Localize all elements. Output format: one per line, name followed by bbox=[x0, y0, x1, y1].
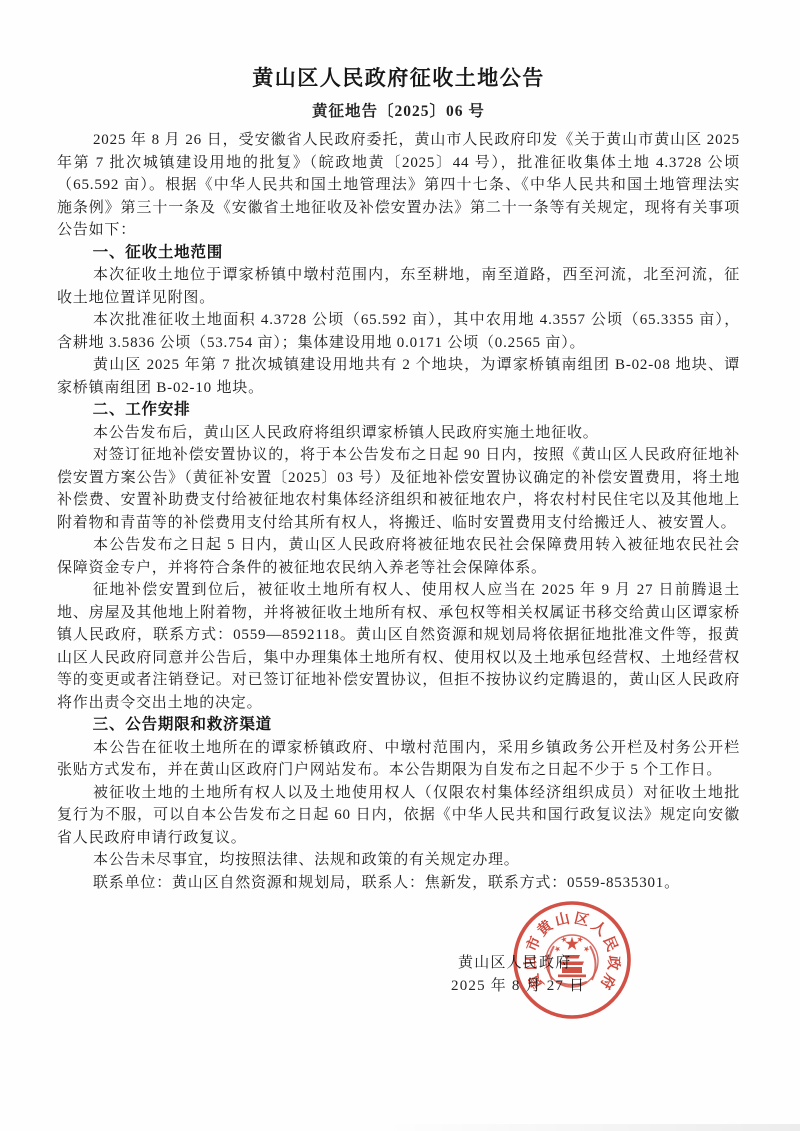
document-title: 黄山区人民政府征收土地公告 bbox=[57, 62, 740, 92]
national-emblem-icon bbox=[546, 935, 598, 987]
body-paragraph: 本公告未尽事宜，均按照法律、法规和政策的有关规定办理。 bbox=[57, 849, 740, 872]
body-paragraph: 黄山区 2025 年第 7 批次城镇建设用地共有 2 个地块，为谭家桥镇南组团 … bbox=[57, 354, 740, 399]
body-paragraph: 被征收土地的土地所有权人以及土地使用权人（仅限农村集体经济组织成员）对征收土地批… bbox=[57, 782, 740, 850]
body-paragraph: 本公告发布后，黄山区人民政府将组织谭家桥镇人民政府实施土地征收。 bbox=[57, 422, 740, 445]
document-number: 黄征地告〔2025〕06 号 bbox=[57, 99, 740, 121]
seal-ring-text: 黄山市黄山区人民政府 bbox=[522, 910, 624, 993]
body-paragraph: 本次批准征收土地面积 4.3728 公顷（65.592 亩），其中农用地 4.3… bbox=[57, 309, 740, 354]
document-sections: 一、征收土地范围本次征收土地位于谭家桥镇中墩村范围内，东至耕地，南至道路，西至河… bbox=[57, 242, 740, 895]
seal-character: 区 bbox=[573, 910, 592, 930]
section-heading: 二、工作安排 bbox=[57, 399, 740, 422]
scan-shadow bbox=[380, 1124, 800, 1131]
body-paragraph: 联系单位：黄山区自然资源和规划局，联系人：焦新发，联系方式：0559-85353… bbox=[57, 872, 740, 895]
seal-character: 民 bbox=[600, 934, 621, 954]
section-heading: 三、公告期限和救济渠道 bbox=[57, 714, 740, 737]
seal-character: 政 bbox=[604, 955, 623, 971]
body-paragraph: 征地补偿安置到位后，被征收土地所有权人、使用权人应当在 2025 年 9 月 2… bbox=[57, 579, 740, 714]
body-paragraph: 本公告发布之日起 5 日内，黄山区人民政府将被征地农民社会保障费用转入被征地农民… bbox=[57, 534, 740, 579]
signature-area: 黄山区人民政府 2025 年 8 月 27 日 黄山市黄山区人民政府 bbox=[57, 903, 740, 1079]
announcement-page: 黄山区人民政府征收土地公告 黄征地告〔2025〕06 号 2025 年 8 月 … bbox=[0, 0, 800, 1131]
seal-character: 黄 bbox=[524, 969, 548, 992]
seal-character: 山 bbox=[522, 955, 540, 971]
seal-character: 黄 bbox=[533, 915, 557, 939]
body-paragraph: 本公告在征收土地所在的谭家桥镇政府、中墩村范围内，采用乡镇政务公开栏及村务公开栏… bbox=[57, 737, 740, 782]
intro-paragraph: 2025 年 8 月 26 日，受安徽省人民政府委托，黄山市人民政府印发《关于黄… bbox=[57, 129, 740, 242]
body-paragraph: 对签订征地补偿安置协议的，将于本公告发布之日起 90 日内，按照《黄山区人民政府… bbox=[57, 444, 740, 534]
seal-character: 山 bbox=[553, 910, 571, 930]
official-seal: 黄山市黄山区人民政府 bbox=[509, 897, 635, 1023]
body-paragraph: 本次征收土地位于谭家桥镇中墩村范围内，东至耕地，南至道路，西至河流，北至河流，征… bbox=[57, 264, 740, 309]
seal-character: 府 bbox=[596, 971, 619, 993]
section-heading: 一、征收土地范围 bbox=[57, 242, 740, 265]
